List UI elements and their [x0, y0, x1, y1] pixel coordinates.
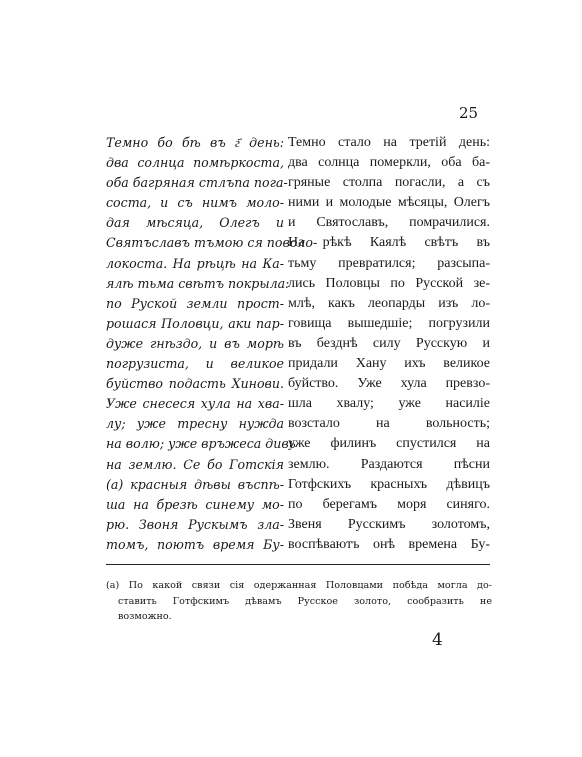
translation-text-line: ними и молодые мѣсяцы, Олегъ [288, 193, 490, 213]
translation-text-column: Темно стало на третій день:два солнца по… [288, 133, 490, 555]
translation-text-line: землю. Раздаются пѣсни [288, 455, 490, 475]
signature-mark: 4 [432, 630, 443, 650]
translation-text-line: На рѣкѣ Каялѣ свѣтъ въ [288, 233, 490, 253]
translation-text-line: говища вышедшіе; погрузили [288, 314, 490, 334]
translation-text-line: шла хвалу; уже насиліе [288, 394, 490, 414]
original-text-line: ша на брезѣ синему мо- [106, 495, 284, 515]
original-text-line: оба багряная стлъпа погa- [106, 173, 284, 193]
original-text-line: погрузиста, и великое [106, 354, 284, 374]
original-text-line: (а) красныя дѣвы въспѣ- [106, 475, 284, 495]
translation-text-line: и Святославъ, помрачилися. [288, 213, 490, 233]
translation-text-line: два солнца померкли, оба ба- [288, 153, 490, 173]
footnote-line: (а) По какой связи сія одержанная Половц… [106, 578, 492, 594]
original-text-line: Темно бо бѣ въ г҃ день: [106, 133, 284, 153]
original-text-line: Уже снесеся хула на хва- [106, 394, 284, 414]
translation-text-line: придали Хану ихъ великое [288, 354, 490, 374]
original-text-line: ялѣ тьма свѣтъ покрыла: [106, 274, 284, 294]
original-text-line: два солнца помѣркоста, [106, 153, 284, 173]
original-text-line: лу; уже тресну нужда [106, 414, 284, 434]
footnote: (а) По какой связи сія одержанная Половц… [106, 578, 492, 625]
original-text-line: соста, и съ нимъ моло- [106, 193, 284, 213]
translation-text-line: лись Половцы по Русской зе- [288, 274, 490, 294]
original-text-line: буйство подасть Хинови. [106, 374, 284, 394]
translation-text-line: буйство. Уже хула превзо- [288, 374, 490, 394]
page-number: 25 [459, 104, 478, 122]
original-text-line: дая мѣсяца, Олегъ и [106, 213, 284, 233]
translation-text-line: въ безднѣ силу Русскую и [288, 334, 490, 354]
translation-text-line: Готфскихъ красныхъ дѣвицъ [288, 475, 490, 495]
original-text-column: Темно бо бѣ въ г҃ день:два солнца помѣрк… [106, 133, 284, 555]
translation-text-line: по берегамъ моря синяго. [288, 495, 490, 515]
translation-text-line: Звеня Русскимъ золотомъ, [288, 515, 490, 535]
footnote-line: возможно. [106, 609, 492, 625]
original-text-line: Святъславъ тъмою ся поволо- [106, 233, 284, 253]
original-text-line: рошася Половци, аки пар- [106, 314, 284, 334]
footnote-divider [106, 564, 490, 565]
translation-text-line: Темно стало на третій день: [288, 133, 490, 153]
original-text-line: на волю; уже връжеса дивь [106, 434, 284, 454]
translation-text-line: воспѣваютъ онѣ времена Бу- [288, 535, 490, 555]
original-text-line: локоста. На рѣцѣ на Ка- [106, 254, 284, 274]
original-text-line: дуже гнѣздо, и въ морѣ [106, 334, 284, 354]
original-text-line: на землю. Се бо Готскія [106, 455, 284, 475]
translation-text-line: млѣ, какъ леопарды изъ ло- [288, 294, 490, 314]
translation-text-line: гряные столпа погасли, а съ [288, 173, 490, 193]
translation-text-line: тьму превратился; разсыпа- [288, 254, 490, 274]
original-text-line: томъ, поютъ время Бу- [106, 535, 284, 555]
footnote-line: ставить Готфскимъ дѣвамъ Русское золото,… [106, 594, 492, 610]
translation-text-line: возстало на вольность; [288, 414, 490, 434]
original-text-line: рю. Звоня Рускымъ зла- [106, 515, 284, 535]
original-text-line: по Руской земли прост- [106, 294, 284, 314]
translation-text-line: уже филинъ спустился на [288, 434, 490, 454]
